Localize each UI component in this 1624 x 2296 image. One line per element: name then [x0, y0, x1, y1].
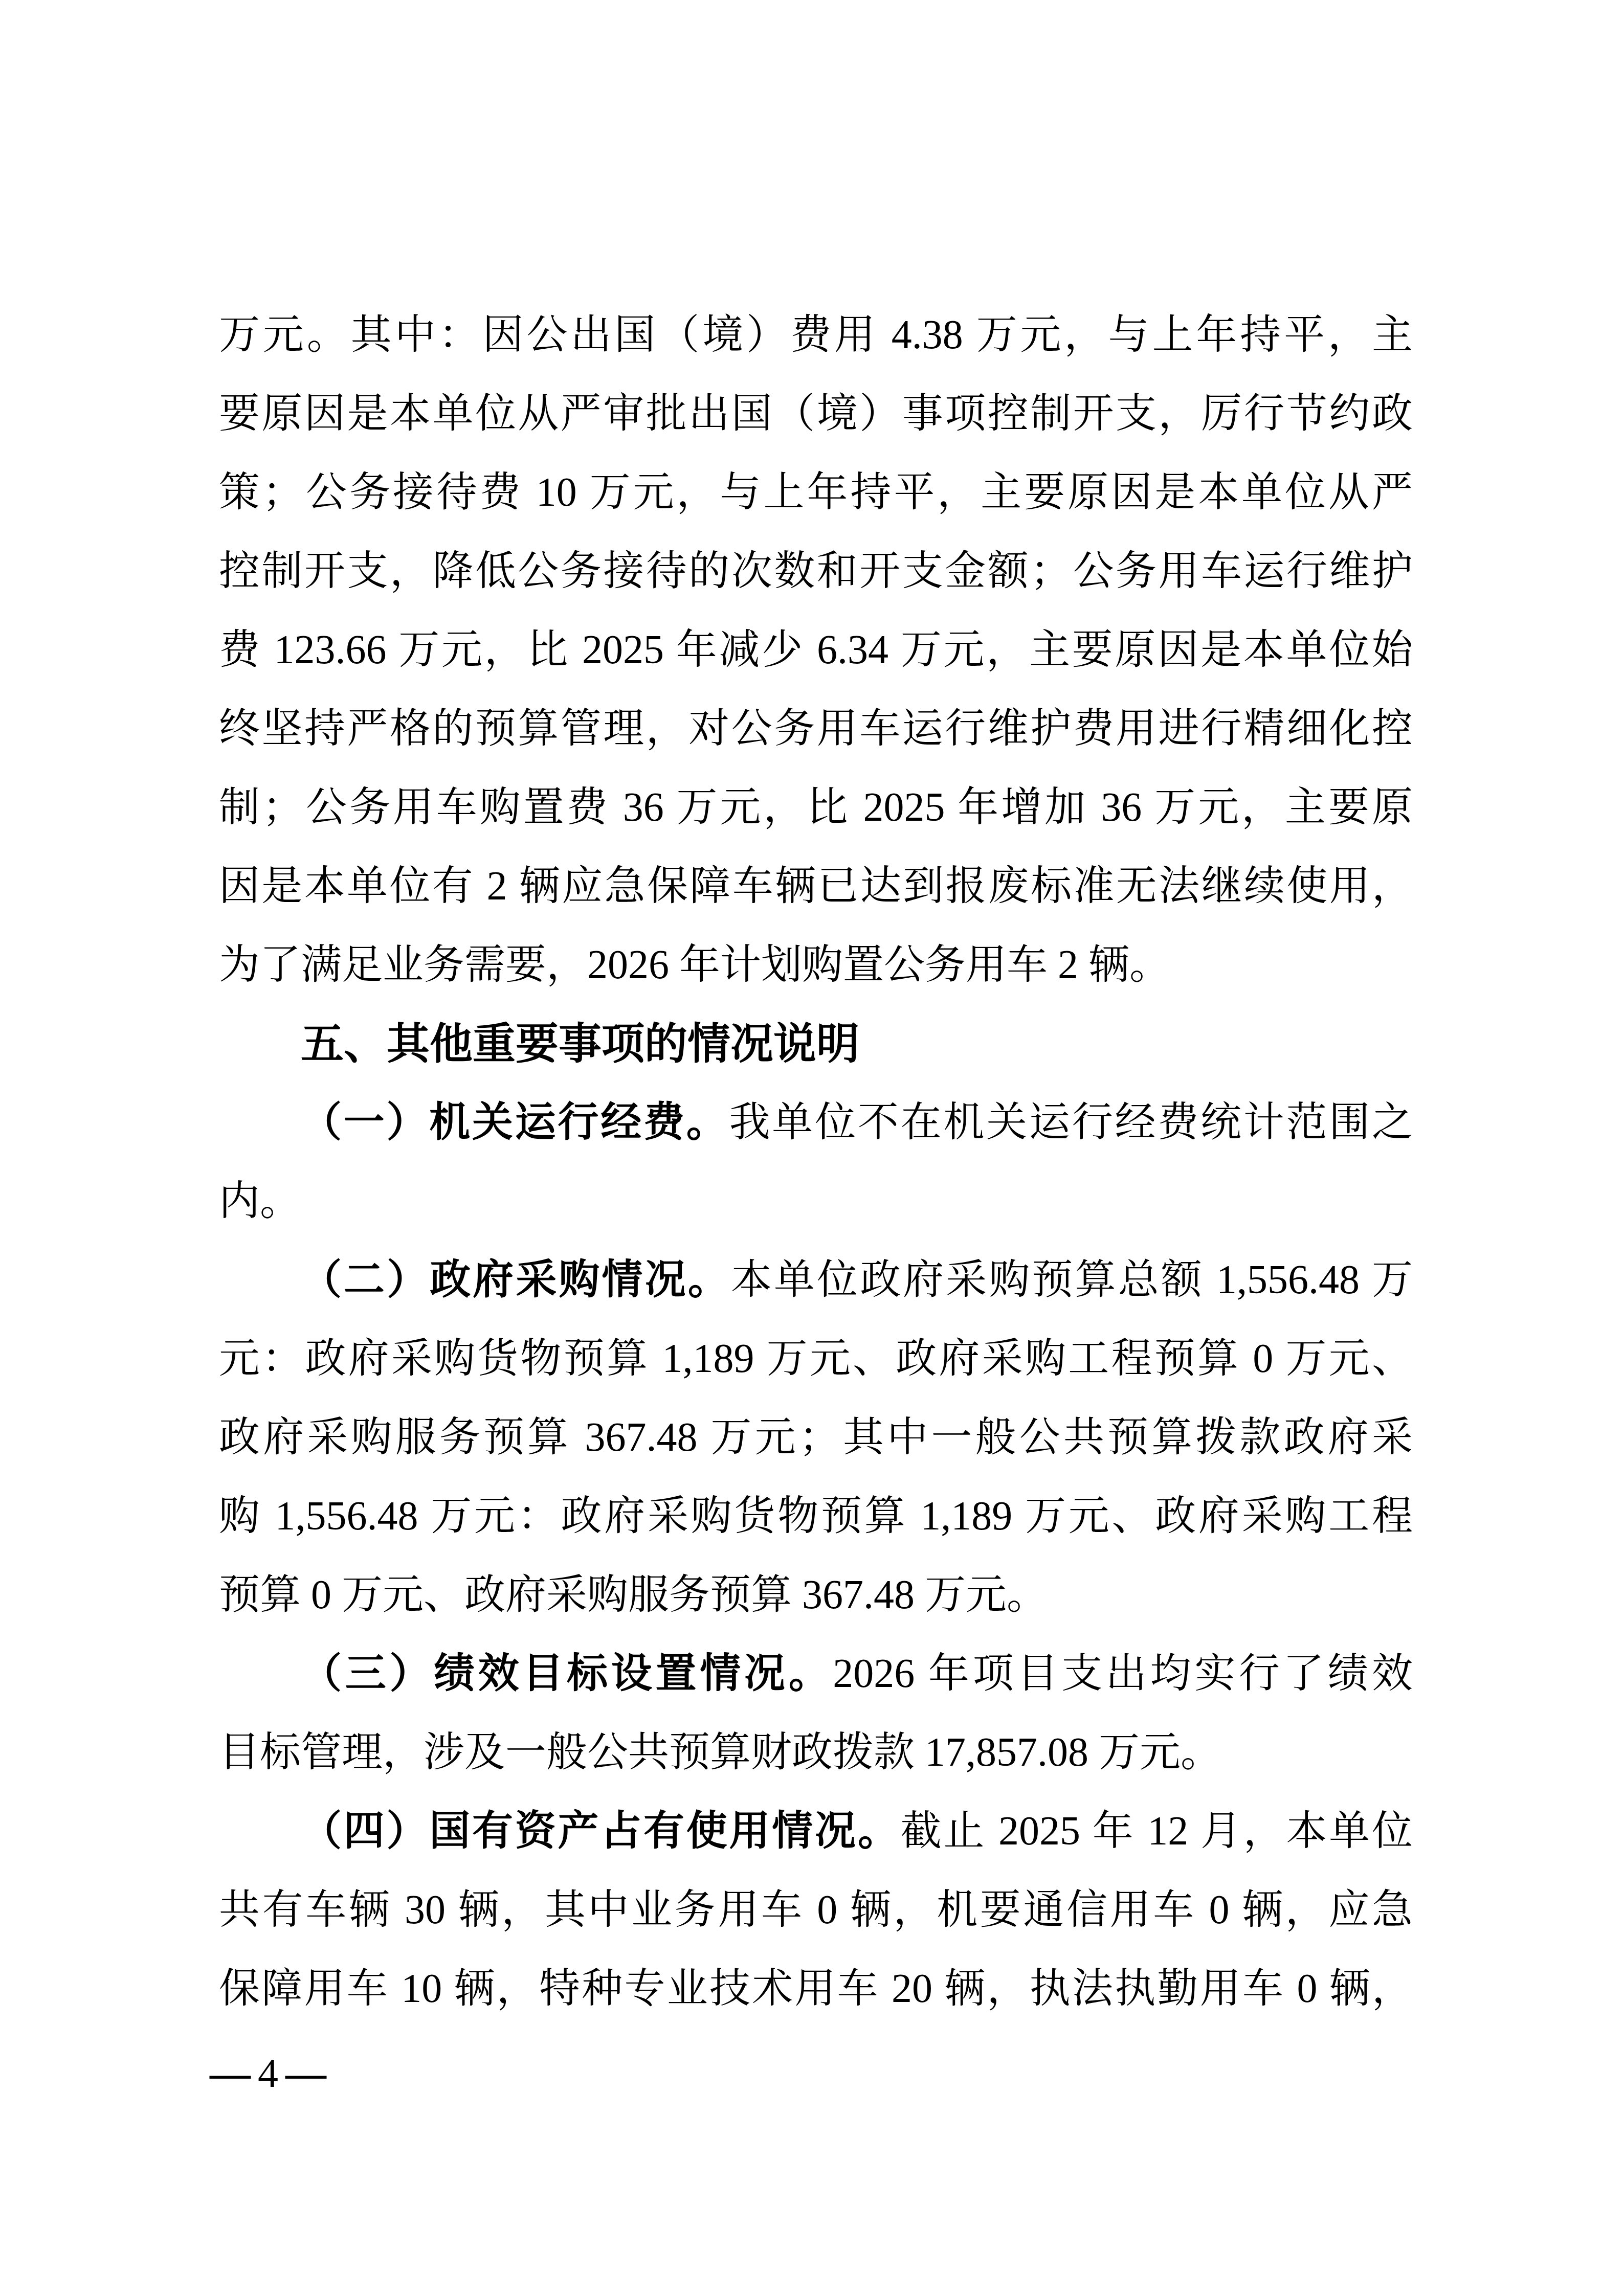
line-text: 截止 2025 年 12 月，本单位	[901, 1809, 1413, 1854]
body-line: 策；公务接待费 10 万元，与上年持平，主要原因是本单位从严	[219, 453, 1413, 532]
body-line: 控制开支，降低公务接待的次数和开支金额；公务用车运行维护	[219, 532, 1413, 611]
line-text: 保障用车 10 辆，特种专业技术用车 20 辆，执法执勤用车 0 辆，	[219, 1966, 1413, 2011]
body-line: （四）国有资产占有使用情况。截止 2025 年 12 月，本单位	[219, 1792, 1413, 1871]
footer-dash-right: —	[285, 2051, 326, 2096]
body-line: 政府采购服务预算 367.48 万元；其中一般公共预算拨款政府采	[219, 1398, 1413, 1477]
subsection-label: （一）机关运行经费。	[301, 1100, 729, 1145]
body-line: 目标管理，涉及一般公共预算财政拨款 17,857.08 万元。	[219, 1713, 1413, 1792]
line-text: 要原因是本单位从严审批出国（境）事项控制开支，厉行节约政	[219, 391, 1413, 436]
page-number: 4	[251, 2051, 285, 2096]
line-text: 政府采购服务预算 367.48 万元；其中一般公共预算拨款政府采	[219, 1415, 1413, 1460]
subsection-label: （四）国有资产占有使用情况。	[301, 1809, 901, 1854]
line-text: 控制开支，降低公务接待的次数和开支金额；公务用车运行维护	[219, 549, 1413, 594]
body-line: 内。	[219, 1162, 1413, 1241]
line-text: 制；公务用车购置费 36 万元，比 2025 年增加 36 万元，主要原	[219, 785, 1413, 830]
line-text: 元：政府采购货物预算 1,189 万元、政府采购工程预算 0 万元、	[219, 1336, 1413, 1381]
page-footer: —4—	[210, 2048, 326, 2099]
body-line: 为了满足业务需要，2026 年计划购置公务用车 2 辆。	[219, 926, 1413, 1004]
body-line: （一）机关运行经费。我单位不在机关运行经费统计范围之	[219, 1083, 1413, 1162]
body-line: 要原因是本单位从严审批出国（境）事项控制开支，厉行节约政	[219, 374, 1413, 453]
body-line: 万元。其中：因公出国（境）费用 4.38 万元，与上年持平，主	[219, 296, 1413, 374]
body-line: 终坚持严格的预算管理，对公务用车运行维护费用进行精细化控	[219, 689, 1413, 768]
line-text: 共有车辆 30 辆，其中业务用车 0 辆，机要通信用车 0 辆，应急	[219, 1887, 1413, 1932]
line-text: 我单位不在机关运行经费统计范围之	[729, 1100, 1413, 1145]
body-line: 保障用车 10 辆，特种专业技术用车 20 辆，执法执勤用车 0 辆，	[219, 1949, 1413, 2028]
line-text: 万元。其中：因公出国（境）费用 4.38 万元，与上年持平，主	[219, 312, 1413, 357]
line-text: 购 1,556.48 万元：政府采购货物预算 1,189 万元、政府采购工程	[219, 1494, 1413, 1539]
line-text: 本单位政府采购预算总额 1,556.48 万	[731, 1257, 1413, 1302]
body-line: 预算 0 万元、政府采购服务预算 367.48 万元。	[219, 1556, 1413, 1634]
line-text: 费 123.66 万元，比 2025 年减少 6.34 万元，主要原因是本单位始	[219, 627, 1413, 672]
line-text: 2026 年项目支出均实行了绩效	[833, 1651, 1413, 1696]
line-text: 策；公务接待费 10 万元，与上年持平，主要原因是本单位从严	[219, 470, 1413, 515]
document-page: 万元。其中：因公出国（境）费用 4.38 万元，与上年持平，主 要原因是本单位从…	[0, 0, 1624, 2296]
line-text: 为了满足业务需要，2026 年计划购置公务用车 2 辆。	[219, 942, 1170, 987]
document-body: 万元。其中：因公出国（境）费用 4.38 万元，与上年持平，主 要原因是本单位从…	[219, 296, 1413, 2028]
line-text: 终坚持严格的预算管理，对公务用车运行维护费用进行精细化控	[219, 706, 1413, 751]
body-line: 因是本单位有 2 辆应急保障车辆已达到报废标准无法继续使用，	[219, 847, 1413, 926]
section-heading-line: 五、其他重要事项的情况说明	[219, 1004, 1413, 1083]
footer-dash-left: —	[210, 2051, 251, 2096]
subsection-label: （三）绩效目标设置情况。	[301, 1651, 833, 1696]
line-text: 预算 0 万元、政府采购服务预算 367.48 万元。	[219, 1572, 1048, 1617]
body-line: 元：政府采购货物预算 1,189 万元、政府采购工程预算 0 万元、	[219, 1319, 1413, 1398]
subsection-label: （二）政府采购情况。	[301, 1257, 731, 1302]
body-line: 购 1,556.48 万元：政府采购货物预算 1,189 万元、政府采购工程	[219, 1477, 1413, 1556]
body-line: 费 123.66 万元，比 2025 年减少 6.34 万元，主要原因是本单位始	[219, 611, 1413, 689]
line-text: 目标管理，涉及一般公共预算财政拨款 17,857.08 万元。	[219, 1730, 1221, 1775]
body-line: 共有车辆 30 辆，其中业务用车 0 辆，机要通信用车 0 辆，应急	[219, 1871, 1413, 1949]
section-heading: 五、其他重要事项的情况说明	[301, 1020, 859, 1068]
line-text: 内。	[219, 1179, 301, 1224]
body-line: 制；公务用车购置费 36 万元，比 2025 年增加 36 万元，主要原	[219, 768, 1413, 847]
line-text: 因是本单位有 2 辆应急保障车辆已达到报废标准无法继续使用，	[219, 864, 1413, 909]
body-line: （三）绩效目标设置情况。2026 年项目支出均实行了绩效	[219, 1634, 1413, 1713]
body-line: （二）政府采购情况。本单位政府采购预算总额 1,556.48 万	[219, 1241, 1413, 1319]
